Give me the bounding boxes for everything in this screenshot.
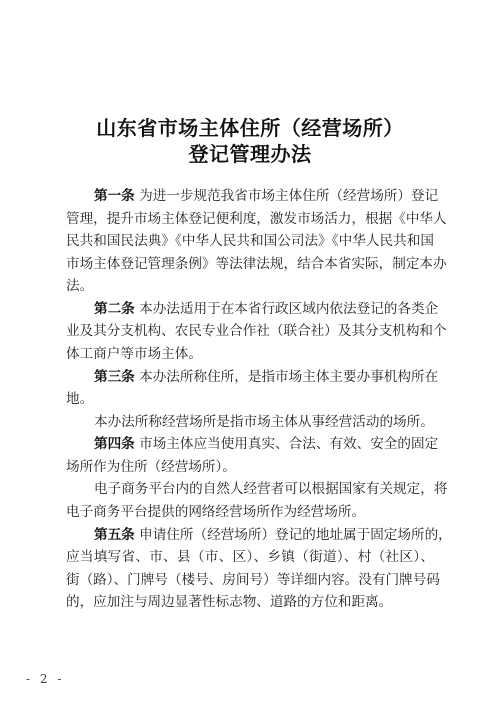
article-1-line-5: 法。 xyxy=(66,275,434,297)
article-4-line-2: 场所作为住所（经营场所）。 xyxy=(66,456,434,478)
article-5-line-1: 第五条 申请住所（经营场所）登记的地址属于固定场所的， xyxy=(94,524,434,546)
article-1-line-2: 管理，提升市场主体登记便利度，激发市场活力，根据《中华人 xyxy=(66,208,434,230)
article-4-heading: 第四条 xyxy=(94,436,135,452)
page-number: - 2 - xyxy=(26,672,64,686)
article-2-line-2: 业及其分支机构、农民专业合作社（联合社）及其分支机构和个 xyxy=(66,320,434,342)
article-2-heading: 第二条 xyxy=(94,301,135,317)
article-2-line-1: 第二条 本办法适用于在本省行政区域内依法登记的各类企 xyxy=(94,298,434,320)
article-1-heading: 第一条 xyxy=(94,188,135,204)
article-5-line-2: 应当填写省、市、县（市、区）、乡镇（街道）、村（社区）、 xyxy=(66,546,434,568)
article-1-line-3: 民共和国民法典》《中华人民共和国公司法》《中华人民共和国 xyxy=(66,230,434,252)
article-4-line-1: 第四条 市场主体应当使用真实、合法、有效、安全的固定 xyxy=(94,433,434,455)
article-5-line-4: 的，应加注与周边显著性标志物、道路的方位和距离。 xyxy=(66,591,434,613)
document-title-line-2: 登记管理办法 xyxy=(0,138,500,167)
article-3-line-1: 第三条 本办法所称住所，是指市场主体主要办事机构所在 xyxy=(94,366,434,388)
article-3-line-2: 地。 xyxy=(66,388,434,410)
article-3-heading: 第三条 xyxy=(94,369,135,385)
article-5-heading: 第五条 xyxy=(94,527,135,543)
article-2-line-3: 体工商户等市场主体。 xyxy=(66,343,434,365)
article-4-para-2-line-2: 电子商务平台提供的网络经营场所作为经营场所。 xyxy=(66,501,434,523)
article-1-line-1: 第一条 为进一步规范我省市场主体住所（经营场所）登记 xyxy=(94,185,434,207)
document-title-line-1: 山东省市场主体住所（经营场所） xyxy=(0,112,500,141)
article-1-line-4: 市场主体登记管理条例》等法律法规，结合本省实际，制定本办 xyxy=(66,253,434,275)
article-3-para-2: 本办法所称经营场所是指市场主体从事经营活动的场所。 xyxy=(94,411,434,433)
article-5-line-3: 街（路）、门牌号（楼号、房间号）等详细内容。没有门牌号码 xyxy=(66,569,434,591)
article-4-para-2-line-1: 电子商务平台内的自然人经营者可以根据国家有关规定，将 xyxy=(94,478,434,500)
